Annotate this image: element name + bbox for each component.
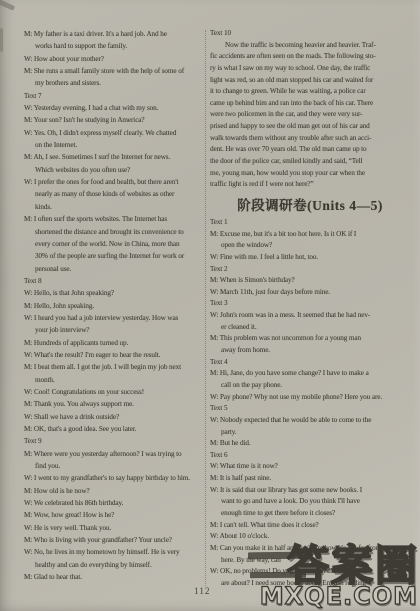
text-line: W: I went to my grandfather's to say hap… bbox=[24, 472, 205, 484]
text-line: healthy and can do everything by himself… bbox=[24, 559, 205, 571]
watermark-shadow-bar bbox=[250, 572, 306, 578]
text-line: Text 9 bbox=[24, 435, 205, 447]
text-line: M: Excuse me, but it's a bit too hot her… bbox=[210, 229, 410, 241]
left-column-lines: M: My father is a taxi driver. It's a ha… bbox=[24, 28, 205, 583]
text-line: nearly as many of those kinds of website… bbox=[24, 188, 205, 200]
text-line: er cleaned it. bbox=[210, 322, 410, 334]
watermark-shadow-bar bbox=[248, 552, 310, 560]
text-line: M: OK, that's a good idea. See you later… bbox=[24, 423, 205, 435]
text-line: M: Hello, John speaking. bbox=[24, 300, 205, 312]
text-line: M: Your son? Isn't he studying in Americ… bbox=[24, 114, 205, 126]
text-line: month. bbox=[24, 374, 205, 386]
scan-corner-artifact bbox=[0, 0, 15, 11]
text-line: Text 3 bbox=[210, 298, 410, 310]
text-line: M: Glad to hear that. bbox=[24, 571, 205, 583]
text-line: open the window? bbox=[210, 240, 410, 252]
text-line: enough time to get there before it close… bbox=[210, 508, 410, 520]
text-line: W: John's room was in a mess. It seemed … bbox=[210, 310, 410, 322]
text-line: your job interview? bbox=[24, 324, 205, 336]
text-line: M: Can you make it in half an hour? Anyh… bbox=[210, 543, 410, 555]
text-line: Text 8 bbox=[24, 275, 205, 287]
text-line: W: I heard you had a job interview yeste… bbox=[24, 312, 205, 324]
text-line: W: Pay phone? Why not use my mobile phon… bbox=[210, 392, 410, 404]
text-line: prised and happy to see the old man get … bbox=[210, 121, 410, 133]
text-line: M: I can't tell. What time does it close… bbox=[210, 520, 410, 532]
text-line: M: How old is he now? bbox=[24, 485, 205, 497]
text-line: shortened the distance and brought its c… bbox=[24, 226, 205, 238]
text-line: Now the traffic is becoming heavier and … bbox=[210, 40, 410, 52]
text-line: M: My father is a taxi driver. It's a ha… bbox=[24, 28, 205, 40]
text-line: 30% of the people are surfing the Intern… bbox=[24, 250, 205, 262]
right-column: Text 10Now the traffic is becoming heavi… bbox=[210, 28, 410, 598]
text-line: M: This problem was not uncommon for a y… bbox=[210, 333, 410, 345]
text-line: W: Yesterday evening, I had a chat with … bbox=[24, 102, 205, 114]
text-line: traffic light is red if I were not here?… bbox=[210, 179, 410, 191]
text-line: came up behind him and ran into the back… bbox=[210, 98, 410, 110]
text-line: W: March 11th, just four days before min… bbox=[210, 287, 410, 299]
text-line: W: Fine with me. I feel a little hot, to… bbox=[210, 252, 410, 264]
text-line: Which websites do you often use? bbox=[24, 164, 205, 176]
text-line: W: Cool! Congratulations on your success… bbox=[24, 386, 205, 398]
text-line: M: Hundreds of applicants turned up. bbox=[24, 337, 205, 349]
text-line: W: No, he lives in my hometown by himsel… bbox=[24, 546, 205, 558]
text-line: W: About 10 o'clock. bbox=[210, 531, 410, 543]
text-line: W: What time is it now? bbox=[210, 461, 410, 473]
text-line: M: Ah, I see. Sometimes I surf the Inter… bbox=[24, 151, 205, 163]
text-line: my brothers and sisters. bbox=[24, 77, 205, 89]
text-line: Text 10 bbox=[210, 28, 410, 40]
text-line: Text 5 bbox=[210, 403, 410, 415]
text-line: M: I beat them all. I got the job. I wil… bbox=[24, 361, 205, 373]
text-line: me, young man, how would you stop your c… bbox=[210, 168, 410, 180]
page-number: 112 bbox=[194, 587, 210, 597]
text-line: were two policemen in the car, and they … bbox=[210, 109, 410, 121]
text-line: want to go and have a look. Do you think… bbox=[210, 496, 410, 508]
text-line: W: What's the result? I'm eager to hear … bbox=[24, 349, 205, 361]
text-line: M: Where were you yesterday afternoon? I… bbox=[24, 448, 205, 460]
text-line: M: She runs a small family store with th… bbox=[24, 65, 205, 77]
scan-edge-smudge bbox=[0, 28, 3, 52]
text-line: call on the pay phone. bbox=[210, 380, 410, 392]
text-line: W: We celebrated his 86th birthday. bbox=[24, 497, 205, 509]
text-line: M: Hi, Jane, do you have some change? I … bbox=[210, 368, 410, 380]
text-line: party. bbox=[210, 427, 410, 439]
text-line: Text 7 bbox=[24, 90, 205, 102]
text-line: walk towards them without any trouble af… bbox=[210, 133, 410, 145]
text-line: away from home. bbox=[210, 345, 410, 357]
text-line: M: But he did. bbox=[210, 438, 410, 450]
text-line: M: Wow, how great! How is he? bbox=[24, 509, 205, 521]
text-line: fic accidents are often seen on the road… bbox=[210, 51, 410, 63]
text-line: every corner of the world. Now in China,… bbox=[24, 238, 205, 250]
text-line: find you. bbox=[24, 460, 205, 472]
text-line: M: When is Simon's birthday? bbox=[210, 275, 410, 287]
text-line: M: It is half past nine. bbox=[210, 473, 410, 485]
text-line: M: Thank you. You always support me. bbox=[24, 398, 205, 410]
text-line: W: OK, no problems! Do you know what the… bbox=[210, 566, 410, 578]
section-header: 阶段调研卷(Units 4—5) bbox=[210, 194, 410, 217]
text-line: Text 4 bbox=[210, 357, 410, 369]
text-line: the door of the police car, smiled kindl… bbox=[210, 156, 410, 168]
text-line: W: Nobody expected that he would be able… bbox=[210, 415, 410, 427]
text-line: personal use. bbox=[24, 263, 205, 275]
text-line: W: Hello, is that John speaking? bbox=[24, 287, 205, 299]
text-line: W: Yes. Oh, I didn't express myself clea… bbox=[24, 127, 205, 139]
text-line: Text 6 bbox=[210, 450, 410, 462]
text-line: Text 1 bbox=[210, 217, 410, 229]
text-line: W: How about your mother? bbox=[24, 53, 205, 65]
right-column-bottom-lines: Text 1M: Excuse me, but it's a bit too h… bbox=[210, 217, 410, 590]
text-line: dent. He was over 70 years old. The old … bbox=[210, 144, 410, 156]
text-line: are about? I need some books about Engli… bbox=[210, 578, 410, 590]
left-column: M: My father is a taxi driver. It's a ha… bbox=[24, 28, 205, 584]
right-column-top-lines: Text 10Now the traffic is becoming heavi… bbox=[210, 28, 410, 191]
scanned-textbook-page: M: My father is a taxi driver. It's a ha… bbox=[0, 0, 420, 611]
text-line: light was red, so an old man stopped his… bbox=[210, 75, 410, 87]
text-line: ry is what I saw on my way to school. On… bbox=[210, 63, 410, 75]
text-line: W: Shall we have a drink outside? bbox=[24, 411, 205, 423]
text-line: works hard to support the family. bbox=[24, 40, 205, 52]
text-line: kinds. bbox=[24, 201, 205, 213]
text-line: M: I often surf the sports websites. The… bbox=[24, 213, 205, 225]
column-divider-dotted-line bbox=[205, 30, 206, 586]
text-line: it to change to green. While he was wait… bbox=[210, 86, 410, 98]
text-line: M: Who is living with your grandfather? … bbox=[24, 534, 205, 546]
text-line: W: It is said that our library has got s… bbox=[210, 485, 410, 497]
text-line: W: He is very well. Thank you. bbox=[24, 522, 205, 534]
text-line: W: I prefer the ones for food and health… bbox=[24, 176, 205, 188]
text-line: on the Internet. bbox=[24, 139, 205, 151]
text-line: Text 2 bbox=[210, 264, 410, 276]
